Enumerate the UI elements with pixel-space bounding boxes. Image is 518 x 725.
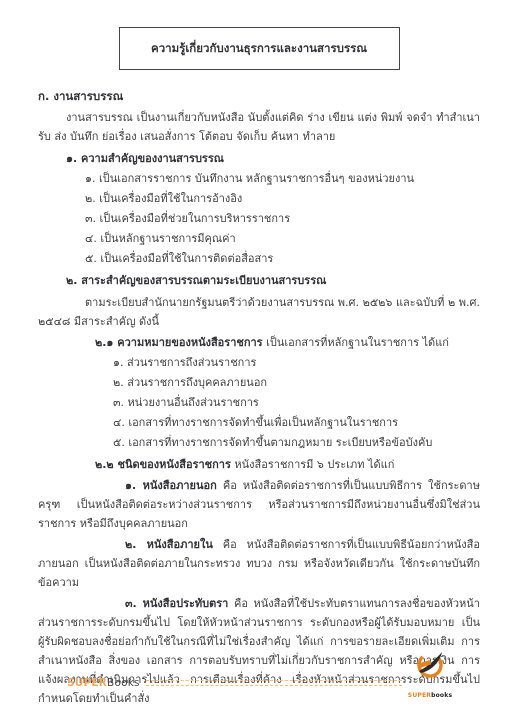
- heading-types: ๒.๒ ชนิดของหนังสือราชการ หนังสือราชการมี…: [95, 455, 480, 474]
- type-entry-term: ๒. หนังสือภายใน: [125, 538, 213, 551]
- list-item: ๒. ส่วนราชการถึงบุคคลภายนอก: [113, 373, 480, 392]
- type-entry-term: ๓. หนังสือประทับตรา: [125, 597, 228, 610]
- heading-types-rest: หนังสือราชการมี ๖ ประเภท ได้แก่: [231, 458, 394, 471]
- type-entry-internal: ๒. หนังสือภายใน คือ หนังสือติดต่อราชการท…: [38, 535, 480, 592]
- logo-text-books: books: [431, 692, 452, 699]
- type-entry-desc: คือ หนังสือติดต่อราชการที่เป็นแบบพิธีการ…: [38, 479, 480, 530]
- intro-paragraph: งานสารบรรณ เป็นงานเกี่ยวกับหนังสือ นับตั…: [38, 108, 480, 146]
- heading-types-bold: ๒.๒ ชนิดของหนังสือราชการ: [95, 458, 231, 471]
- title-box: ความรู้เกี่ยวกับงานธุรการและงานสารบรรณ: [119, 27, 400, 70]
- heading-essence: ๒. สาระสำคัญของสารบรรณตามระเบียบงานสารบร…: [66, 271, 480, 290]
- heading-meaning-rest: เป็นเอกสารที่หลักฐานในราชการ ได้แก่: [263, 336, 449, 349]
- footer-brand: SUPERBooks: [67, 674, 140, 693]
- list-item: ๔. เป็นหลักฐานราชการมีคุณค่า: [85, 229, 480, 248]
- list-item: ๕. เอกสารที่ทางราชการจัดทำขึ้นตามกฎหมาย …: [113, 433, 480, 452]
- list-item: ๑. ส่วนราชการถึงส่วนราชการ: [113, 353, 480, 372]
- section-heading-a: ก. งานสารบรรณ: [38, 87, 480, 106]
- superbooks-logo-text: SUPERbooks: [408, 686, 452, 705]
- document-content: ความรู้เกี่ยวกับงานธุรการและงานสารบรรณ ก…: [0, 0, 518, 708]
- heading-importance: ๑. ความสำคัญของงานสารบรรณ: [66, 149, 480, 168]
- list-item: ๒. เป็นเครื่องมือที่ใช้ในการอ้างอิง: [85, 189, 480, 208]
- footer-brand-super: SUPER: [67, 677, 107, 689]
- type-entry-desc: คือ หนังสือติดต่อราชการที่เป็นแบบพิธีน้อ…: [38, 538, 480, 589]
- logo-text-super: SUPER: [408, 692, 431, 699]
- superbooks-emblem-icon: [415, 650, 445, 686]
- list-item: ๓. เป็นเครื่องมือที่ช่วยในการบริหารราชกา…: [85, 209, 480, 228]
- footer-dashed-divider: [146, 680, 402, 686]
- page-footer: SUPERBooks SUPERbooks: [67, 650, 452, 702]
- page-title: ความรู้เกี่ยวกับงานธุรการและงานสารบรรณ: [151, 41, 367, 55]
- list-item: ๕. เป็นเครื่องมือที่ใช้ในการติดต่อสื่อสา…: [85, 249, 480, 268]
- type-entry-external: ๑. หนังสือภายนอก คือ หนังสือติดต่อราชการ…: [38, 476, 480, 533]
- list-item: ๓. หน่วยงานอื่นถึงส่วนราชการ: [113, 393, 480, 412]
- list-item: ๔. เอกสารที่ทางราชการจัดทำขึ้นเพื่อเป็นห…: [113, 413, 480, 432]
- heading-meaning-bold: ๒.๑ ความหมายของหนังสือราชการ: [95, 336, 263, 349]
- footer-brand-books: Books: [107, 677, 140, 689]
- list-item: ๑. เป็นเอกสารราชการ บันทึกงาน หลักฐานราช…: [85, 169, 480, 188]
- document-page: ความรู้เกี่ยวกับงานธุรการและงานสารบรรณ ก…: [0, 0, 518, 725]
- type-entry-term: ๑. หนังสือภายนอก: [125, 479, 217, 492]
- heading-meaning: ๒.๑ ความหมายของหนังสือราชการ เป็นเอกสารท…: [95, 333, 480, 352]
- superbooks-logo: SUPERbooks: [408, 650, 452, 705]
- essence-paragraph: ตามระเบียบสำนักนายกรัฐมนตรีว่าด้วยงานสาร…: [38, 293, 480, 331]
